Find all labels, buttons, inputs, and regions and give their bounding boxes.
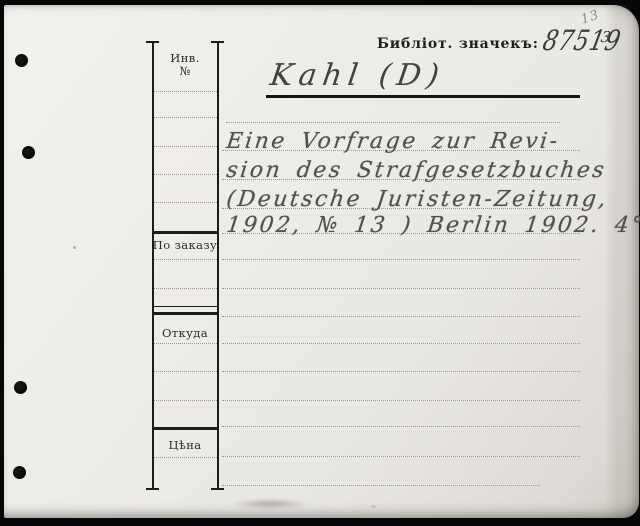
dotted-rule-line [226,122,560,123]
library-mark-label: Библіот. значекъ: [377,36,539,52]
solid-rule-line [152,231,219,234]
dotted-rule-line [154,371,217,372]
inventory-label-line1: Инв. [170,51,199,65]
dotted-rule-line [222,426,580,427]
dotted-rule-line [222,485,540,486]
solid-rule-line [152,427,219,430]
dotted-rule-line [154,259,217,260]
dotted-rule-line [154,91,217,92]
solid-rule-line [146,41,159,43]
scan-speck [371,505,376,508]
dotted-rule-line [222,456,580,457]
dotted-rule-line [222,288,580,289]
hole-punch [13,466,26,479]
heading-underline [266,95,580,98]
scan-smudge [232,499,308,509]
solid-rule-line [152,312,219,315]
solid-rule-line [146,488,159,490]
dotted-rule-line [154,202,217,203]
dotted-rule-line [154,146,217,147]
dotted-rule-line [222,316,580,317]
entry-line: Eine Vorfrage zur Revi- [225,130,561,154]
inventory-label-line2: № [179,64,190,78]
dotted-rule-line [222,343,580,344]
dotted-rule-line [222,371,580,372]
solid-rule-line [211,488,224,490]
scanned-library-card: Инв.№ По заказу Откуда Цѣна Библіот. зна… [0,0,640,526]
order-label: По заказу [152,239,218,252]
dotted-rule-line [222,400,580,401]
author-heading: Kahl (D) [268,58,447,93]
solid-rule-line [211,41,224,43]
scan-speck [73,246,76,249]
dotted-rule-line [154,457,217,458]
solid-rule-line [152,306,219,307]
origin-label: Откуда [152,327,218,340]
entry-line: sion des Strafgesetzbuches [225,159,608,183]
dotted-rule-line [222,259,580,260]
entry-line: (Deutsche Juristen-Zeitung, [225,188,609,212]
dotted-rule-line [154,343,217,344]
dotted-rule-line [154,174,217,175]
inventory-number-label: Инв.№ [152,52,218,78]
solid-rule-line [217,42,219,490]
hole-punch [15,54,28,67]
dotted-rule-line [154,288,217,289]
dotted-rule-line [154,117,217,118]
hole-punch [14,381,27,394]
price-label: Цѣна [152,439,218,452]
hole-punch [22,146,35,159]
dotted-rule-line [154,400,217,401]
entry-line: 1902, № 13 ) Berlin 1902. 4° [225,214,640,238]
solid-rule-line [152,42,154,490]
